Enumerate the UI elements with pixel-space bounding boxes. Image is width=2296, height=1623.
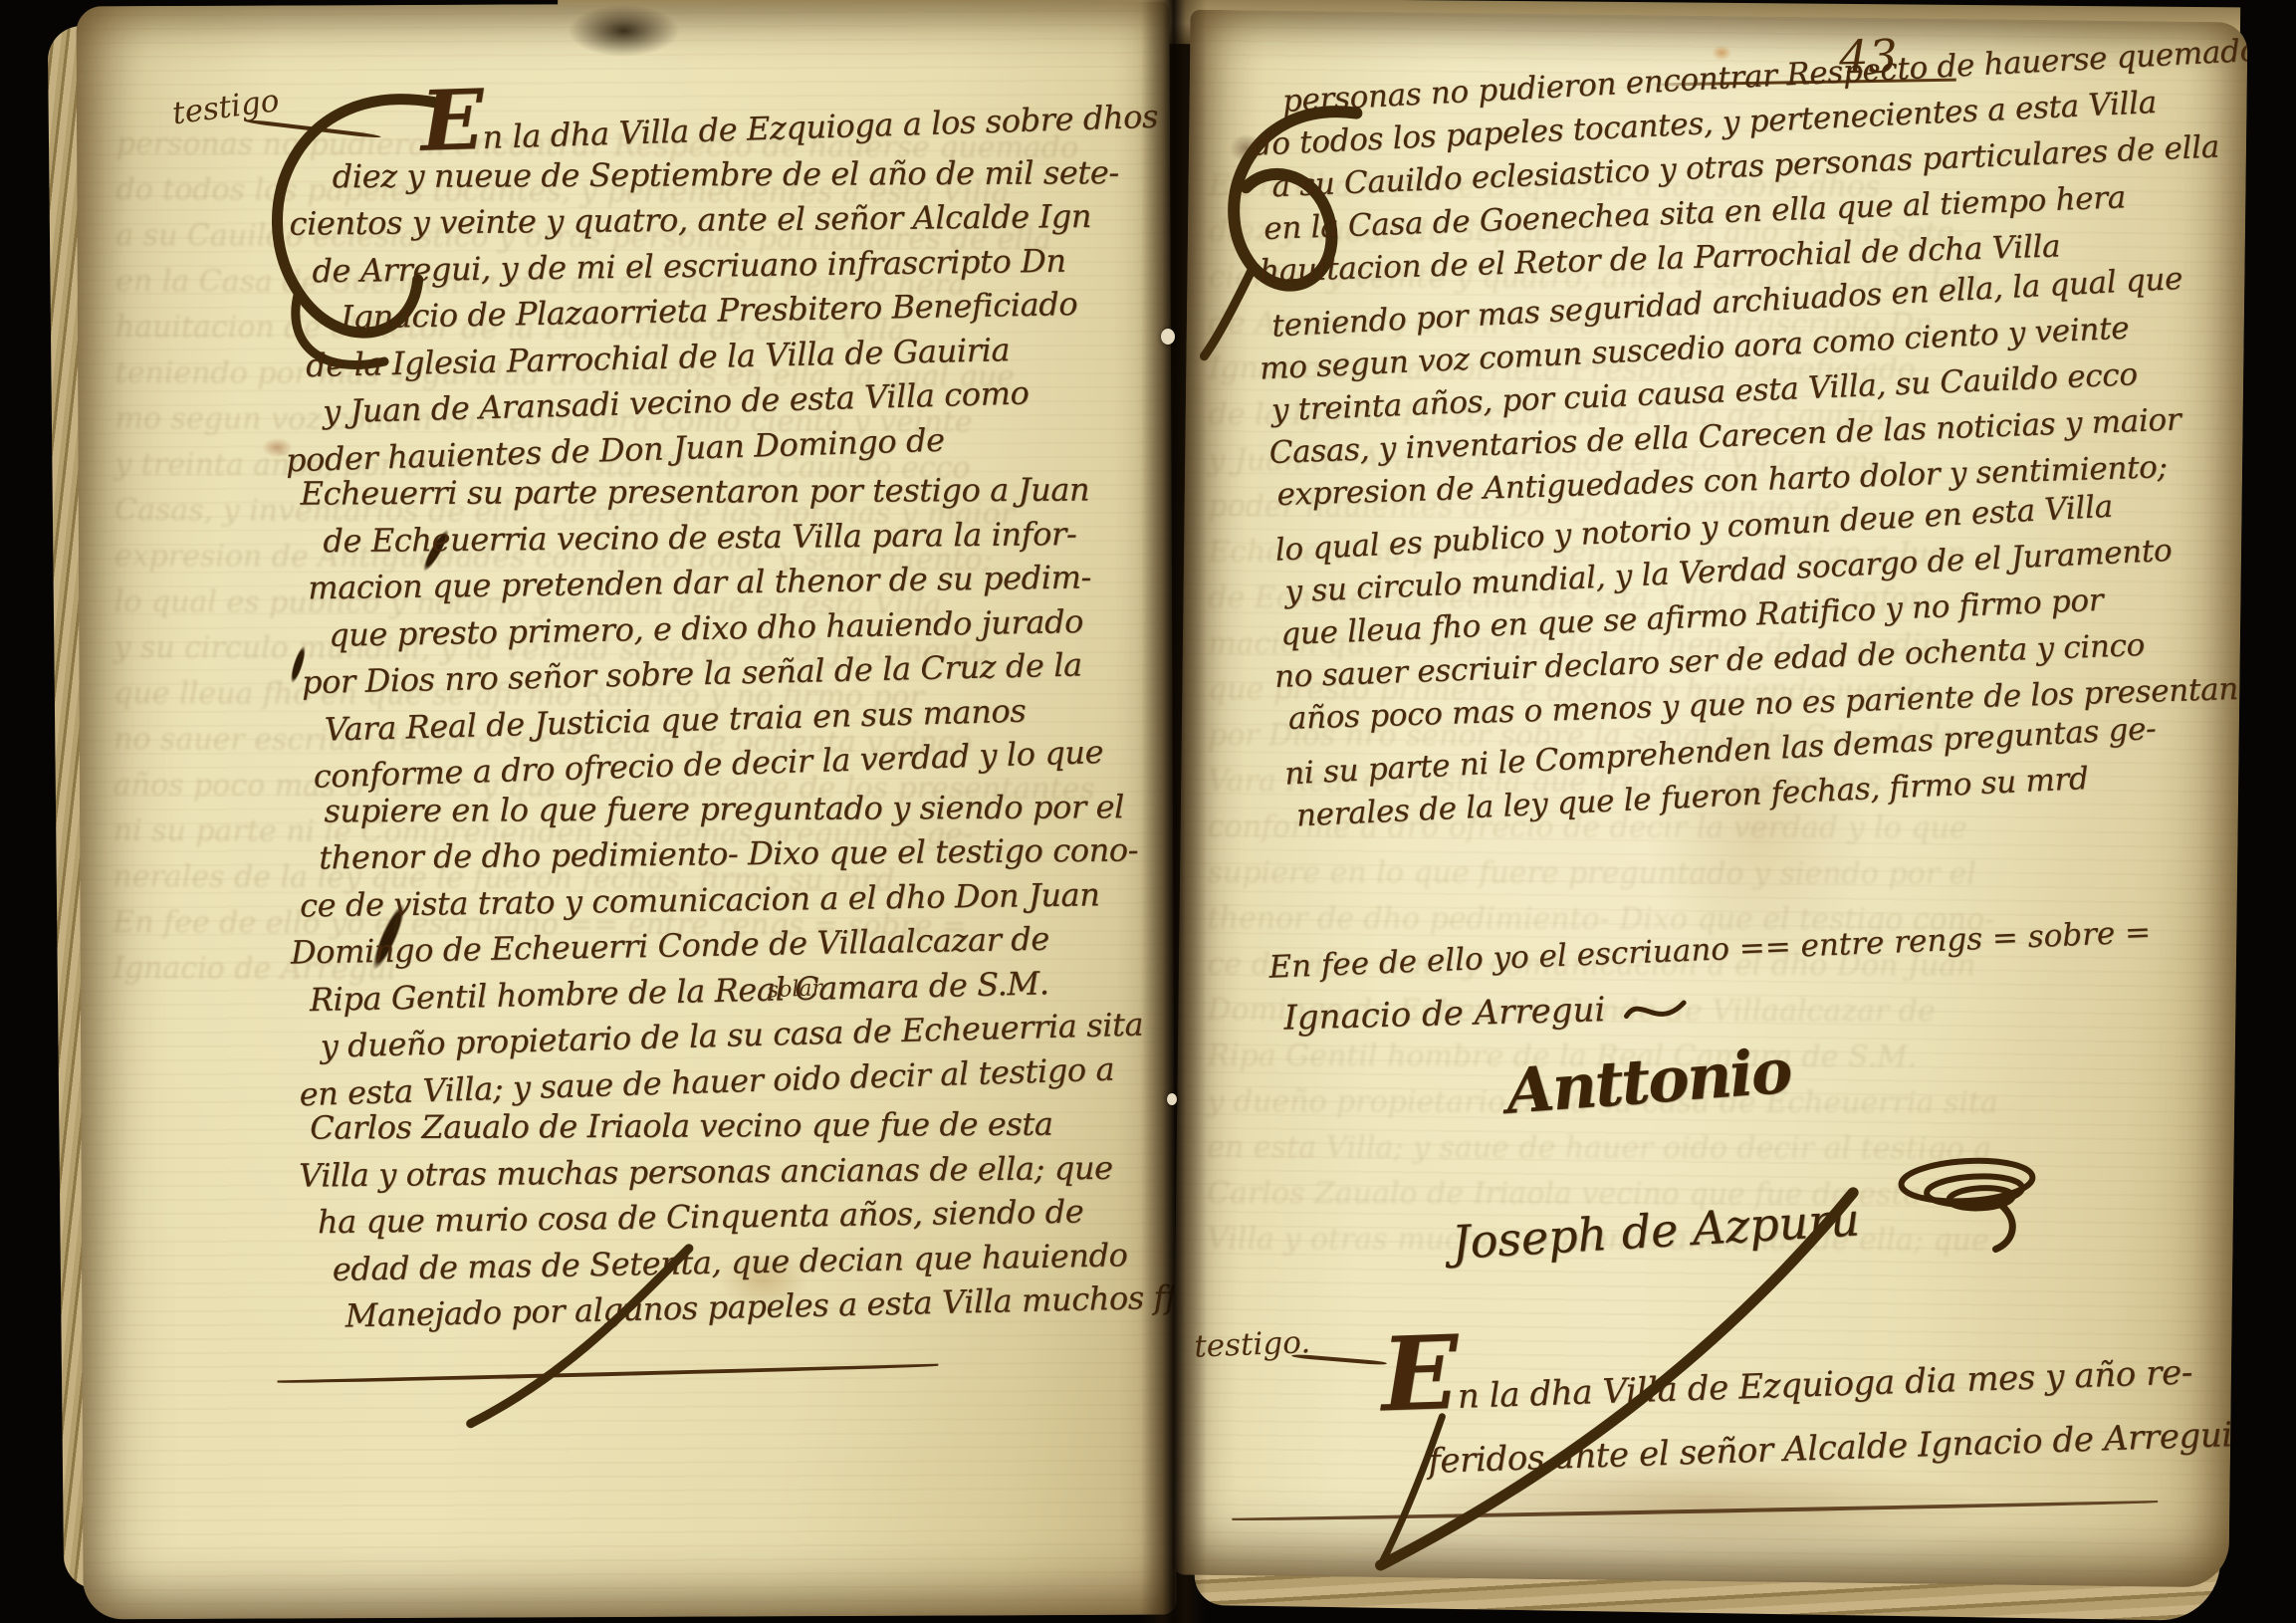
right-page-text-block: personas no pudieron encontrar Respecto … xyxy=(1248,34,2248,837)
margin-note-label: testigo. xyxy=(1194,1324,1311,1365)
stain xyxy=(544,2,703,69)
left-page-text-block: En la dha Villa de Ezquioga a los sobre … xyxy=(273,82,1176,1339)
right-margin-witness-note: testigo. xyxy=(1194,1324,1311,1365)
bleed-through-line: supiere en lo que fuere preguntado y sie… xyxy=(1208,850,1999,897)
notary-attestation-line: En fee de ello yo el escriuano == entre … xyxy=(1268,914,2152,986)
signature-first: Anttonio xyxy=(1503,1035,1792,1128)
manuscript-line: supiere en lo que fuere preguntado y sie… xyxy=(324,784,1170,833)
signature-second: Joseph de Azpuru xyxy=(1448,1140,2055,1284)
signature-knot-icon xyxy=(1880,1140,2055,1260)
signature-second-name: Joseph de Azpuru xyxy=(1451,1192,1862,1270)
notary-rubric-icon xyxy=(1622,991,1689,1029)
manuscript-line: Echeuerri su parte presentaron por testi… xyxy=(300,467,1164,517)
manuscript-line: diez y nueue de Septiembre de el año de … xyxy=(333,149,1159,199)
right-page: En la dha Villa de Ezquioga a los sobre … xyxy=(1171,10,2247,1588)
interline-correction: solar xyxy=(767,976,822,1003)
binding-thread xyxy=(1161,329,1175,345)
manuscript-scan: personas no pudieron encontrar Respecto … xyxy=(0,0,2296,1623)
left-closing-rule xyxy=(278,1364,939,1385)
manuscript-line: Carlos Zaualo de Iriaola vecino que fue … xyxy=(310,1101,1176,1151)
manuscript-line: En la dha Villa de Ezquioga a los sobre … xyxy=(420,77,1159,163)
left-page: personas no pudieron encontrar Respecto … xyxy=(76,2,1176,1620)
notary-name: Ignacio de Arregui xyxy=(1283,990,1606,1038)
right-closing-rule xyxy=(1232,1501,2158,1522)
binding-thread xyxy=(1167,1093,1177,1105)
witness-entry-text-block: En la dha Villa de Ezquioga dia mes y añ… xyxy=(1380,1315,2233,1495)
notary-name-line: Ignacio de Arregui xyxy=(1283,988,1689,1039)
